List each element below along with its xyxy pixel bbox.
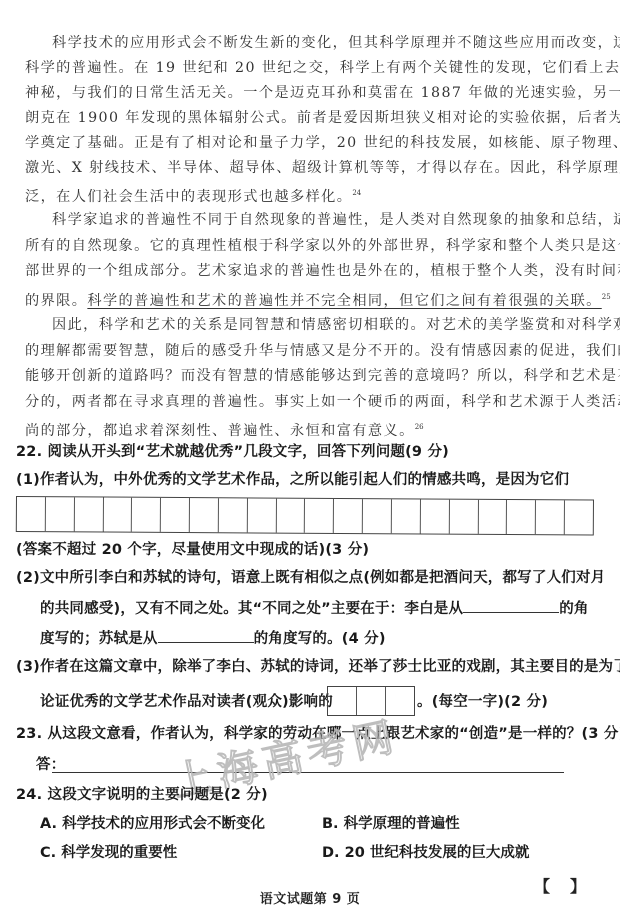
text-line: 的界限。科学的普遍性和艺术的普遍性并不完全相同，但它们之间有着很强的关联。25 bbox=[25, 287, 593, 311]
question-22-stem: 22. 阅读从开头到“艺术就越优秀”几段文字，回答下列问题(9 分) bbox=[16, 442, 449, 462]
answer-cell[interactable] bbox=[536, 500, 565, 534]
question-22-1-note: (答案不超过 20 个字，尽量使用文中现成的话)(3 分) bbox=[16, 540, 369, 560]
text-line: 所有的自然现象。它的真理性植根于科学家以外的外部世界，科学家和整个人类只是这个外 bbox=[25, 236, 593, 256]
answer-cell[interactable] bbox=[328, 687, 357, 715]
question-22-2-line-1: (2)文中所引李白和苏轼的诗句，语意上既有相似之点(例如都是把酒问天，都写了人们… bbox=[16, 568, 605, 588]
text-line: 朗克在 1900 年发现的黑体辐射公式。前者是爱因斯坦狭义相对论的实验依据，后者… bbox=[25, 108, 593, 128]
question-number: 24. bbox=[16, 787, 42, 803]
page-footer: 语文试题第 9 页 bbox=[0, 888, 620, 907]
question-22-3-line-2-prefix: 论证优秀的文学艺术作品对读者(观众)影响的 bbox=[40, 692, 333, 712]
text-line: 尚的部分，都追求着深刻性、普遍性、永恒和富有意义。26 bbox=[25, 417, 593, 441]
question-22-3-line-1: (3)作者在这篇文章中，除举了李白、苏轼的诗词，还举了莎士比亚的戏剧，其主要目的… bbox=[16, 657, 620, 677]
text-line-content: 的界限。 bbox=[25, 293, 87, 309]
text-line: 部世界的一个组成部分。艺术家追求的普遍性也是外在的，植根于整个人类，没有时间和空… bbox=[25, 261, 593, 281]
exam-page: 科学技术的应用形式会不断发生新的变化，但其科学原理并不随这些应用而改变，这就是 … bbox=[0, 0, 620, 917]
option-text: 科学发现的重要性 bbox=[61, 845, 177, 861]
answer-cell[interactable] bbox=[392, 499, 421, 533]
option-c[interactable]: C. 科学发现的重要性 bbox=[40, 843, 177, 863]
answer-cell[interactable] bbox=[132, 498, 161, 532]
answer-cell[interactable] bbox=[103, 498, 132, 532]
fill-blank-libai[interactable] bbox=[463, 598, 559, 613]
text-line: 神秘，与我们的日常生活无关。一个是迈克耳孙和莫雷在 1887 年做的光速实验，另… bbox=[25, 83, 593, 103]
text-line: 科学技术的应用形式会不断发生新的变化，但其科学原理并不随这些应用而改变，这就是 bbox=[52, 33, 593, 53]
question-22-2-line-2: 的共同感受)，又有不同之处。其“不同之处”主要在于：李白是从的角 bbox=[40, 598, 589, 619]
answer-grid-20 bbox=[16, 496, 594, 536]
question-number: 23. bbox=[16, 726, 42, 742]
text-line: 泛，在人们社会生活中的表现形式也越多样化。24 bbox=[25, 183, 593, 207]
question-text: 度写的；苏轼是从 bbox=[40, 631, 158, 647]
answer-cell[interactable] bbox=[334, 499, 363, 533]
question-22-1-text: (1)作者认为，中外优秀的文学艺术作品，之所以能引起人们的情感共鸣，是因为它们 bbox=[16, 470, 569, 490]
option-text: 科学原理的普遍性 bbox=[344, 816, 460, 832]
text-line: 因此，科学和艺术的关系是同智慧和情感密切相联的。对艺术的美学鉴赏和对科学观念 bbox=[52, 315, 593, 335]
question-24-stem: 24. 这段文字说明的主要问题是(2 分) bbox=[16, 785, 268, 805]
question-text: 阅读从开头到“艺术就越优秀”几段文字，回答下列问题(9 分) bbox=[48, 444, 449, 460]
fill-blank-sushi[interactable] bbox=[158, 628, 254, 643]
option-text: 20 世纪科技发展的巨大成就 bbox=[345, 845, 530, 861]
text-line: 科学的普遍性。在 19 世纪和 20 世纪之交，科学上有两个关键性的发现，它们看… bbox=[25, 58, 593, 78]
answer-cell[interactable] bbox=[421, 499, 450, 533]
question-number: 22. bbox=[16, 444, 42, 460]
option-label: D. bbox=[322, 845, 340, 861]
question-text: 的共同感受)，又有不同之处。其“不同之处”主要在于：李白是从 bbox=[40, 601, 463, 617]
question-text: 的角 bbox=[559, 601, 588, 617]
question-text: 这段文字说明的主要问题是(2 分) bbox=[48, 787, 268, 803]
footnote-marker: 26 bbox=[415, 423, 424, 431]
answer-cell[interactable] bbox=[449, 500, 478, 534]
answer-cell[interactable] bbox=[507, 500, 536, 534]
answer-cell[interactable] bbox=[46, 497, 75, 531]
answer-cell[interactable] bbox=[305, 499, 334, 533]
answer-cell[interactable] bbox=[248, 498, 277, 532]
answer-cell[interactable] bbox=[161, 498, 190, 532]
option-label: B. bbox=[322, 816, 339, 832]
text-line: 激光、X 射线技术、半导体、超导体、超级计算机等等，才得以存在。因此，科学原理应… bbox=[25, 158, 593, 178]
footnote-marker: 24 bbox=[352, 189, 361, 197]
answer-cell[interactable] bbox=[565, 500, 593, 534]
text-line: 分的，两者都在寻求真理的普遍性。事实上如一个硬币的两面，科学和艺术源于人类活动最… bbox=[25, 392, 593, 412]
answer-cell[interactable] bbox=[17, 497, 46, 531]
text-line-content: 泛，在人们社会生活中的表现形式也越多样化。 bbox=[25, 189, 352, 205]
option-d[interactable]: D. 20 世纪科技发展的巨大成就 bbox=[322, 843, 529, 863]
question-text: 的角度写的。(4 分) bbox=[254, 631, 386, 647]
option-label: C. bbox=[40, 845, 56, 861]
footnote-marker: 25 bbox=[602, 293, 611, 301]
answer-cell[interactable] bbox=[478, 500, 507, 534]
option-b[interactable]: B. 科学原理的普遍性 bbox=[322, 814, 460, 834]
option-label: A. bbox=[40, 816, 57, 832]
underlined-sentence: 科学的普遍性和艺术的普遍性并不完全相同，但它们之间有着很强的关联。 bbox=[87, 293, 601, 309]
text-line: 能够开创新的道路吗？而没有智慧的情感能够达到完善的意境吗？所以，科学和艺术是不可 bbox=[25, 366, 593, 386]
text-line: 学奠定了基础。正是有了相对论和量子力学，20 世纪的科技发展，如核能、原子物理、… bbox=[25, 133, 593, 153]
text-line: 的理解都需要智慧，随后的感受升华与情感又是分不开的。没有情感因素的促进，我们的智… bbox=[25, 341, 593, 361]
answer-cell[interactable] bbox=[190, 498, 219, 532]
text-line-content: 尚的部分，都追求着深刻性、普遍性、永恒和富有意义。 bbox=[25, 423, 415, 439]
option-a[interactable]: A. 科学技术的应用形式会不断变化 bbox=[40, 814, 265, 834]
question-22-3-line-2-suffix: 。(每空一字)(2 分) bbox=[417, 692, 548, 712]
text-line: 科学家追求的普遍性不同于自然现象的普遍性，是人类对自然现象的抽象和总结，适用于 bbox=[52, 210, 593, 230]
option-text: 科学技术的应用形式会不断变化 bbox=[62, 816, 265, 832]
answer-cell[interactable] bbox=[219, 498, 248, 532]
answer-cell[interactable] bbox=[276, 499, 305, 533]
answer-cell[interactable] bbox=[74, 497, 103, 531]
answer-cell[interactable] bbox=[363, 499, 392, 533]
question-22-2-line-3: 度写的；苏轼是从的角度写的。(4 分) bbox=[40, 628, 386, 649]
